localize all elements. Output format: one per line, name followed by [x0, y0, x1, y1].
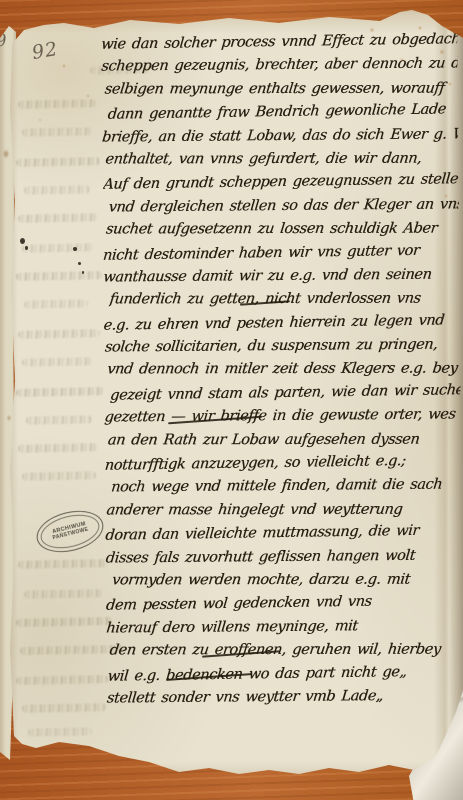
ink-blot — [73, 247, 77, 251]
ghost-bleedthrough-line — [26, 415, 92, 424]
ink-blot — [20, 238, 25, 244]
ghost-bleedthrough-line — [22, 471, 96, 481]
manuscript-line: noch wege vnd mittele finden, damit die … — [110, 474, 462, 500]
ghost-bleedthrough-line — [16, 675, 108, 685]
page-number: 92 — [30, 38, 60, 64]
ghost-bleedthrough-line — [28, 727, 92, 736]
manuscript-line: disses fals zuvorhutt geflissen hangen w… — [105, 544, 463, 571]
manuscript-text-block: wie dan solcher process vnnd Effect zu o… — [101, 29, 463, 710]
ghost-bleedthrough-line — [22, 243, 94, 253]
manuscript-line: vnd dergleichen stellen so das der Klege… — [107, 193, 459, 219]
manuscript-line: solche sollicitarien, du suspensum zu pr… — [104, 334, 461, 361]
ghost-bleedthrough-line — [18, 559, 108, 569]
ghost-bleedthrough-line — [24, 185, 90, 194]
ghost-bleedthrough-line — [18, 443, 98, 453]
ghost-bleedthrough-line — [16, 387, 104, 397]
ink-blot — [140, 763, 143, 766]
manuscript-line: brieffe, an die statt Lobaw, das do sich… — [101, 123, 459, 150]
ghost-bleedthrough-line — [24, 299, 88, 308]
ghost-bleedthrough-line — [18, 213, 98, 223]
ink-blot — [82, 271, 84, 274]
manuscript-line: wanthausse damit wir zu e.g. vnd den sei… — [102, 263, 460, 290]
manuscript-line: selbigen meynunge enthalts gewessen, wor… — [103, 77, 459, 101]
ghost-bleedthrough-line — [16, 157, 100, 167]
ink-blot — [165, 770, 168, 773]
ghost-bleedthrough-line — [22, 703, 106, 713]
ghost-bleedthrough-line — [22, 357, 92, 366]
ghost-bleedthrough-line — [16, 271, 102, 281]
archive-stamp-border: ARCHIWUM PAŃSTWOWE — [37, 509, 103, 554]
manuscript-line: scheppen gezeugnis, brechter, aber denno… — [100, 53, 458, 80]
ghost-bleedthrough-line — [16, 617, 112, 627]
ghost-bleedthrough-line — [18, 99, 96, 109]
underlying-page-number: 9 — [0, 30, 8, 51]
ghost-bleedthrough-line — [18, 329, 100, 339]
manuscript-line: den ersten zu eroffenen, geruhen wil, hi… — [108, 639, 463, 663]
manuscript-line: suchet aufgesetzenn zu lossen schuldigk … — [105, 218, 461, 242]
manuscript-photo: { "photo": { "description": "Photograph … — [0, 0, 463, 800]
manuscript-line: hierauf dero willens meyninge, mit — [105, 614, 463, 641]
manuscript-page: 92 ARCHIWUM PAŃSTWOWE wie dan solcher pr… — [4, 0, 463, 792]
manuscript-line: an den Rath zur Lobaw aufgesehen dyssen — [106, 428, 462, 452]
ghost-bleedthrough-line — [24, 589, 102, 599]
manuscript-line: vnd dennoch in mitler zeit dess Klegers … — [106, 358, 462, 382]
ghost-bleedthrough-line — [22, 127, 92, 136]
manuscript-line: gezetten — wir brieffe in die gewuste or… — [103, 404, 461, 431]
manuscript-line: stellett sonder vns weytter vmb Lade„ — [106, 684, 463, 711]
ink-blot — [25, 246, 28, 250]
archive-stamp: ARCHIWUM PAŃSTWOWE — [32, 504, 107, 558]
ink-blot — [78, 262, 81, 265]
